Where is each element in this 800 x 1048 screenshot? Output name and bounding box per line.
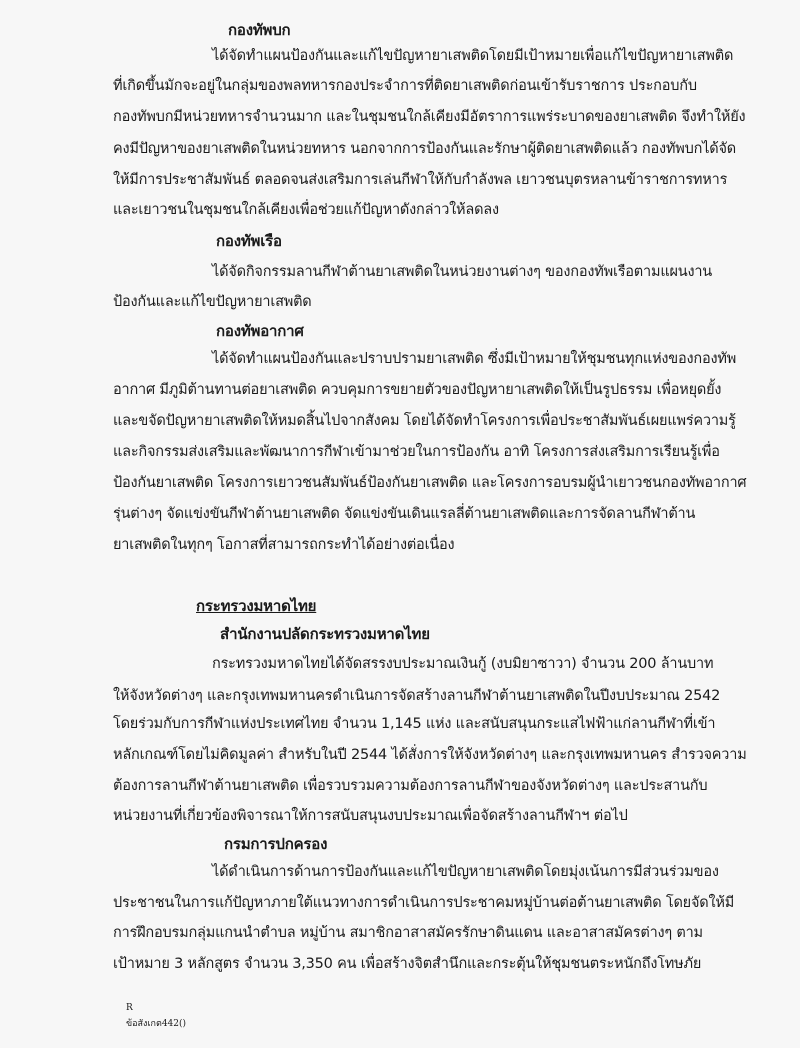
paragraph-line: ป้องกันยาเสพติด โครงการเยาวชนสัมพันธ์ป้อ… [113, 473, 746, 493]
paragraph-line: และเยาวชนในชุมชนใกล้เคียงเพื่อช่วยแก้ปัญ… [113, 200, 499, 220]
paragraph-line: รุ่นต่างๆ จัดแข่งขันกีฬาต้านยาเสพติด จัด… [113, 504, 695, 524]
paragraph-line: การฝึกอบรมกลุ่มแกนนำตำบล หมู่บ้าน สมาชิก… [113, 923, 703, 943]
paragraph-line: และขจัดปัญหายาเสพติดให้หมดสิ้นไปจากสังคม… [113, 411, 736, 431]
paragraph-line: โดยร่วมกับการกีฬาแห่งประเทศไทย จำนวน 1,1… [113, 714, 715, 734]
paragraph-line: กองทัพบกมีหน่วยทหารจำนวนมาก และในชุมชนใก… [113, 107, 745, 127]
paragraph-line: ต้องการลานกีฬาต้านยาเสพติด เพื่อรวบรวมคว… [113, 776, 707, 796]
paragraph-line: และกิจกรรมส่งเสริมและพัฒนาการกีฬาเข้ามาช… [113, 442, 720, 462]
paragraph-line: เป้าหมาย 3 หลักสูตร จำนวน 3,350 คน เพื่อ… [113, 954, 701, 974]
document-page: กองทัพบก ได้จัดทำแผนป้องกันและแก้ไขปัญหา… [0, 0, 800, 1048]
footer-mark: R [126, 1002, 133, 1014]
heading-ministry-interior: กระทรวงมหาดไทย [196, 596, 316, 616]
paragraph-line: อากาศ มีภูมิต้านทานต่อยาเสพติด ควบคุมการ… [113, 380, 721, 400]
paragraph-line: ประชาชนในการแก้ปัญหาภายใต้แนวทางการดำเนิ… [113, 893, 734, 913]
heading-office-permanent-secretary: สำนักงานปลัดกระทรวงมหาดไทย [220, 624, 430, 644]
footer-note: ข้อสังเกต442() [126, 1018, 186, 1030]
paragraph-line: คงมีปัญหาของยาเสพติดในหน่วยทหาร นอกจากกา… [113, 139, 736, 159]
paragraph-line: ที่เกิดขึ้นมักจะอยู่ในกลุ่มของพลทหารกองป… [113, 76, 697, 96]
paragraph-line: ให้จังหวัดต่างๆ และกรุงเทพมหานครดำเนินกา… [113, 686, 720, 706]
paragraph-line: หลักเกณฑ์โดยไม่คิดมูลค่า สำหรับในปี 2544… [113, 745, 747, 765]
paragraph-line: ได้จัดทำแผนป้องกันและปราบปรามยาเสพติด ซึ… [212, 349, 736, 369]
paragraph-line: ได้จัดทำแผนป้องกันและแก้ไขปัญหายาเสพติดโ… [212, 46, 733, 66]
paragraph-line: หน่วยงานที่เกี่ยวข้องพิจารณาให้การสนับสน… [113, 806, 628, 826]
paragraph-line: ป้องกันและแก้ไขปัญหายาเสพติด [113, 292, 312, 312]
paragraph-line: ได้ดำเนินการด้านการป้องกันและแก้ไขปัญหาย… [212, 862, 719, 882]
paragraph-line: ได้จัดกิจกรรมลานกีฬาต้านยาเสพติดในหน่วยง… [212, 262, 712, 282]
heading-army: กองทัพบก [228, 20, 290, 40]
heading-air-force: กองทัพอากาศ [216, 321, 304, 341]
paragraph-line: ยาเสพติดในทุกๆ โอกาสที่สามารถกระทำได้อย่… [113, 535, 454, 555]
paragraph-line: ให้มีการประชาสัมพันธ์ ตลอดจนส่งเสริมการเ… [113, 170, 727, 190]
paragraph-line: กระทรวงมหาดไทยได้จัดสรรงบประมาณเงินกู้ (… [212, 654, 713, 674]
heading-navy: กองทัพเรือ [216, 231, 282, 251]
heading-dept-provincial-admin: กรมการปกครอง [224, 834, 327, 854]
